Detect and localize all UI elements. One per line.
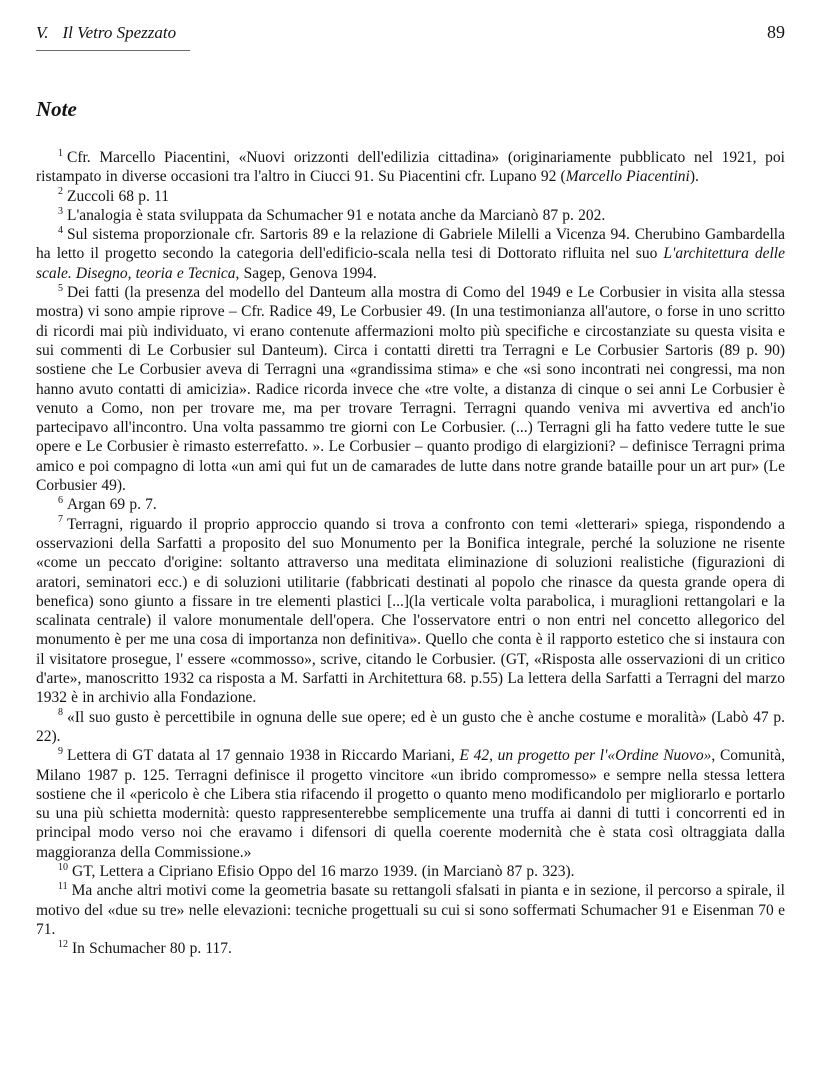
note-item: 11Ma anche altri motivi come la geometri… [36, 881, 785, 939]
note-number: 1 [58, 148, 63, 159]
note-text-italic: E 42, un progetto per l'«Ordine Nuovo» [459, 747, 711, 764]
note-item: 12In Schumacher 80 p. 117. [36, 939, 785, 958]
page-number: 89 [767, 22, 785, 43]
note-item: 2Zuccoli 68 p. 11 [36, 187, 785, 206]
note-text: , Comunità, Milano 1987 p. 125. Terragni… [36, 747, 785, 860]
note-number: 12 [58, 939, 68, 950]
chapter-header: V.Il Vetro Spezzato [36, 23, 190, 51]
note-item: 1Cfr. Marcello Piacentini, «Nuovi orizzo… [36, 148, 785, 187]
note-item: 4Sul sistema proporzionale cfr. Sartoris… [36, 225, 785, 283]
note-text: In Schumacher 80 p. 117. [72, 940, 232, 957]
note-number: 3 [58, 206, 63, 217]
running-header: V.Il Vetro Spezzato 89 [36, 22, 785, 51]
note-item: 9Lettera di GT datata al 17 gennaio 1938… [36, 746, 785, 862]
note-number: 4 [58, 225, 63, 236]
note-number: 7 [58, 514, 63, 525]
note-number: 2 [58, 186, 63, 197]
note-text: ). [690, 168, 699, 185]
note-number: 6 [58, 495, 63, 506]
chapter-title: Il Vetro Spezzato [62, 23, 176, 42]
notes-list: 1Cfr. Marcello Piacentini, «Nuovi orizzo… [36, 148, 785, 958]
note-number: 9 [58, 746, 63, 757]
note-item: 6Argan 69 p. 7. [36, 495, 785, 514]
section-title: Note [36, 97, 785, 122]
note-text: L'analogia è stata sviluppata da Schumac… [67, 207, 605, 224]
note-number: 8 [58, 707, 63, 718]
note-text: Zuccoli 68 p. 11 [67, 188, 169, 205]
note-number: 5 [58, 283, 63, 294]
note-text: Lettera di GT datata al 17 gennaio 1938 … [67, 747, 459, 764]
note-number: 10 [58, 862, 68, 873]
note-text: Terragni, riguardo il proprio approccio … [36, 516, 785, 707]
note-text: Argan 69 p. 7. [67, 496, 157, 513]
note-text-italic: Marcello Piacentini [566, 168, 690, 185]
note-text: «Il suo gusto è percettibile in ognuna d… [36, 709, 785, 745]
note-number: 11 [58, 881, 68, 892]
note-item: 8«Il suo gusto è percettibile in ognuna … [36, 708, 785, 747]
note-text: , Sagep, Genova 1994. [236, 265, 377, 282]
chapter-number: V. [36, 23, 48, 42]
note-text: Ma anche altri motivi come la geometria … [36, 882, 785, 938]
note-item: 5Dei fatti (la presenza del modello del … [36, 283, 785, 495]
note-text: GT, Lettera a Cipriano Efisio Oppo del 1… [72, 863, 575, 880]
note-item: 7Terragni, riguardo il proprio approccio… [36, 515, 785, 708]
note-item: 3L'analogia è stata sviluppata da Schuma… [36, 206, 785, 225]
note-item: 10GT, Lettera a Cipriano Efisio Oppo del… [36, 862, 785, 881]
note-text: Dei fatti (la presenza del modello del D… [36, 284, 785, 494]
book-page: V.Il Vetro Spezzato 89 Note 1Cfr. Marcel… [0, 0, 821, 1073]
